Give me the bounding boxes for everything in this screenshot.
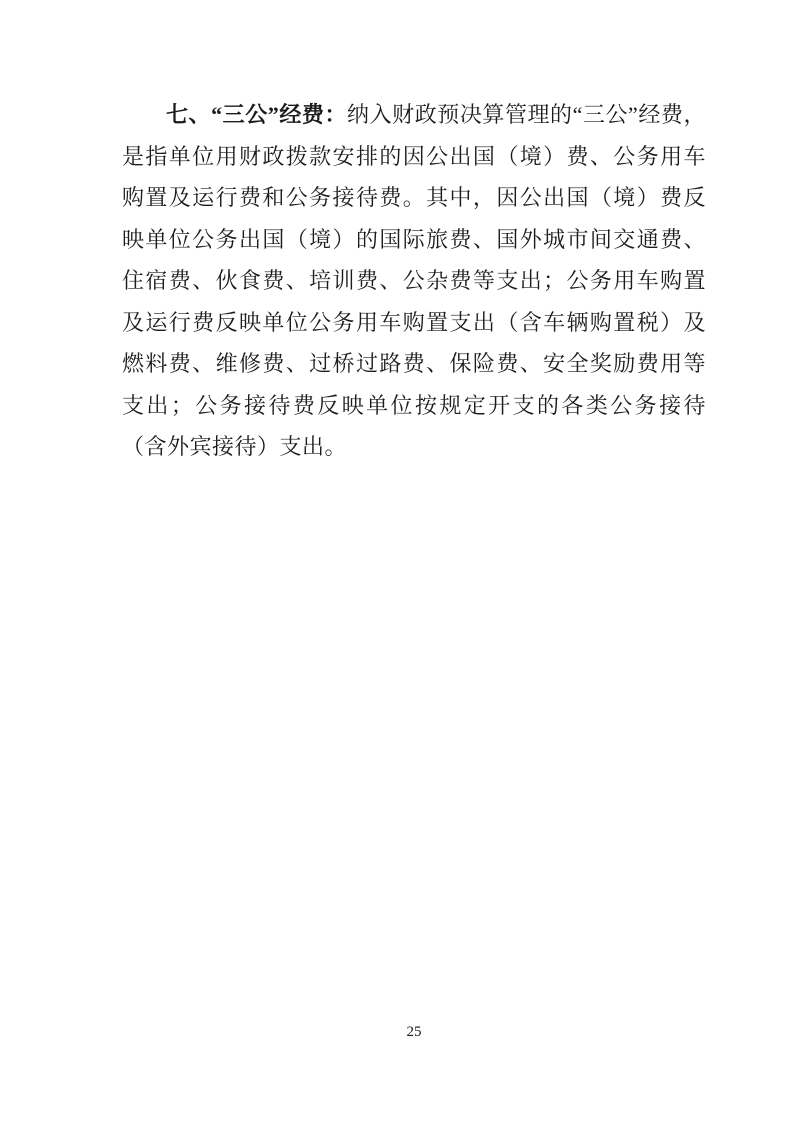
paragraph-sangong-expenses-definition: 七、“三公”经费：纳入财政预决算管理的“三公”经费，是指单位用财政拨款安排的因公… <box>122 94 706 468</box>
paragraph-body-text: 纳入财政预决算管理的“三公”经费，是指单位用财政拨款安排的因公出国（境）费、公务… <box>122 102 706 459</box>
page-number: 25 <box>407 1024 422 1040</box>
document-page: 七、“三公”经费：纳入财政预决算管理的“三公”经费，是指单位用财政拨款安排的因公… <box>0 0 793 1122</box>
page-footer: 25 <box>122 1023 706 1041</box>
paragraph-lead-bold: 七、“三公”经费： <box>166 102 347 127</box>
page-body-text: 七、“三公”经费：纳入财政预决算管理的“三公”经费，是指单位用财政拨款安排的因公… <box>122 94 706 468</box>
